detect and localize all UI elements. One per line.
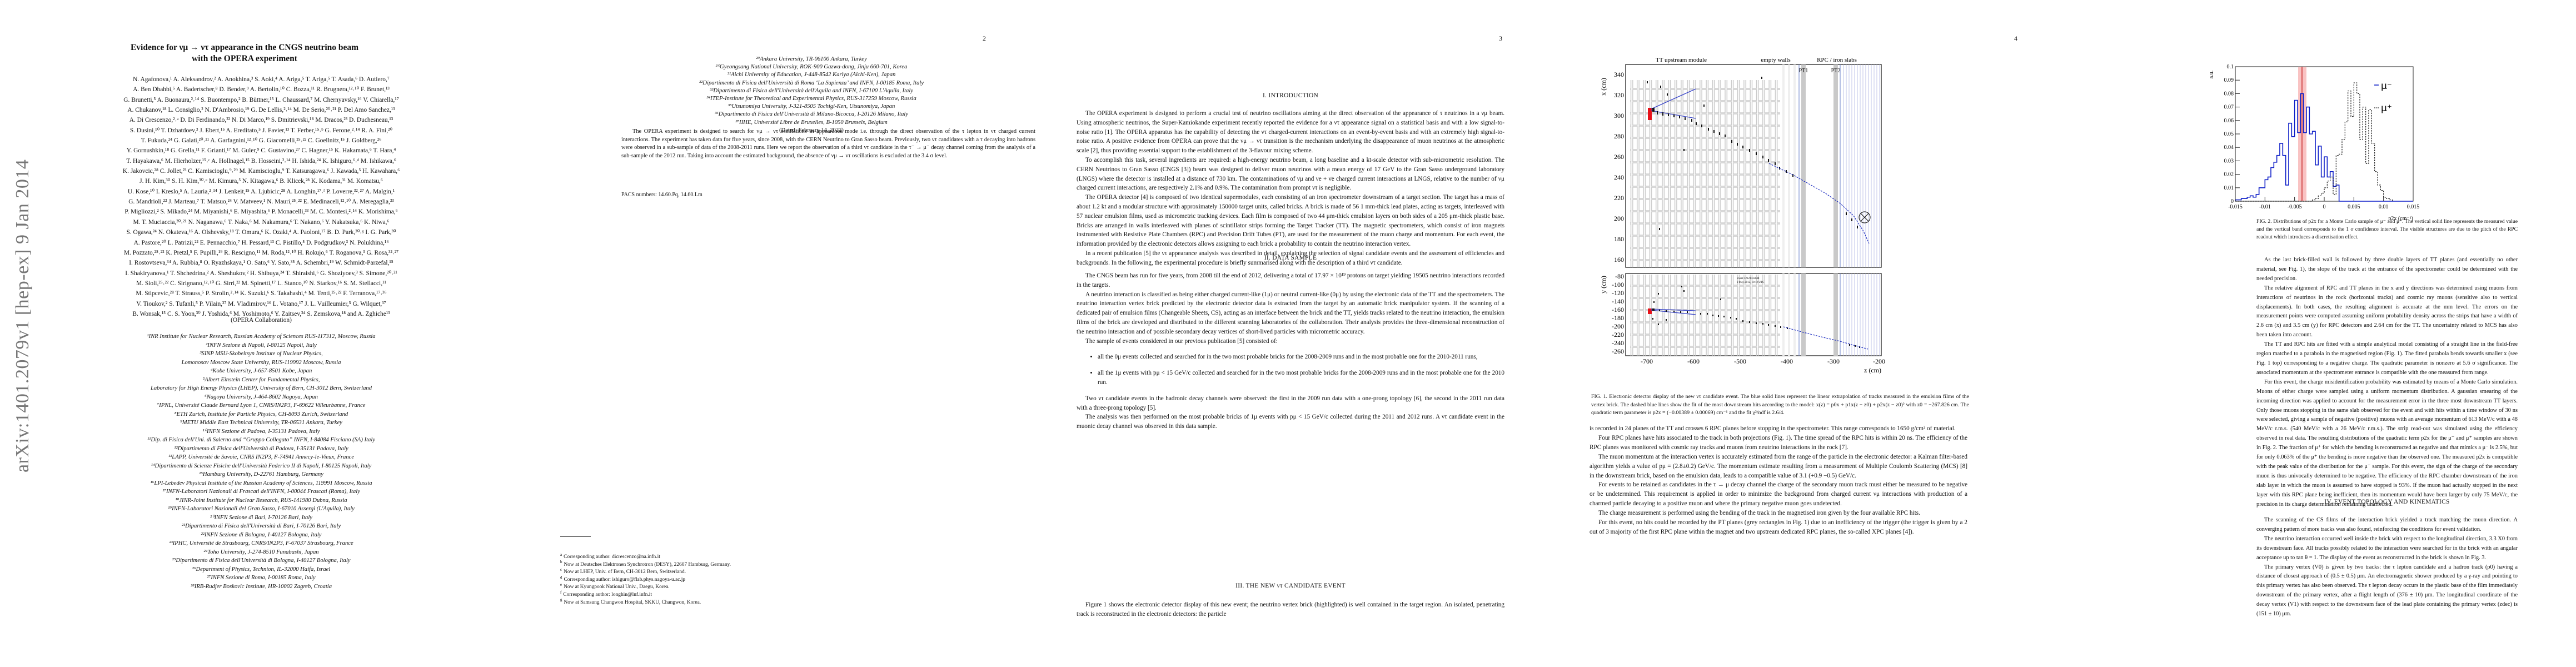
new-candidate-body: Figure 1 shows the electronic detector d… xyxy=(1077,600,1504,619)
figure-1-caption: FIG. 1. Electronic detector display of t… xyxy=(1591,393,1969,417)
affiliation-line: ¹⁷INFN-Laboratori Nazionali di Frascati … xyxy=(50,487,472,496)
collaboration-name: (OPERA Collaboration) xyxy=(50,317,472,323)
affiliation-line: ³SINP MSU-Skobeltsyn Institute of Nuclea… xyxy=(50,350,472,359)
author-line: M. T. Muciaccia,²⁰˒²¹ N. Naganawa,⁶ T. N… xyxy=(50,217,472,227)
svg-text:340: 340 xyxy=(1614,71,1624,78)
svg-text:0.06: 0.06 xyxy=(2224,118,2234,124)
footnote-mark: c xyxy=(560,568,562,572)
svg-text:180: 180 xyxy=(1614,235,1624,243)
footnotes: aCorresponding author: dicrescenzo@na.in… xyxy=(560,554,871,606)
figure-1-event-display: TT upstream module empty walls RPC / iro… xyxy=(1598,56,1942,389)
introduction-body: The OPERA experiment is designed to perf… xyxy=(1077,109,1504,268)
svg-text:0.09: 0.09 xyxy=(2224,77,2234,83)
title-line-2: with the OPERA experiment xyxy=(89,53,400,64)
footnote-text: Corresponding author: ishiguro@flab.phys… xyxy=(564,577,686,583)
author-line: G. Mandrioli,²² J. Marteau,⁷ T. Matsuo,²… xyxy=(50,197,472,207)
author-line: M. Pozzato,²⁵˒²² K. Pretzl,⁵ F. Pupilli,… xyxy=(50,248,472,258)
affiliation-line: ¹³LAPP, Université de Savoie, CNRS IN2P3… xyxy=(50,453,472,462)
author-line: A. Chukanov,¹⁸ L. Consiglio,² N. D'Ambro… xyxy=(50,105,472,115)
affiliation-line: ⁸ETH Zurich, Institute for Particle Phys… xyxy=(50,410,472,419)
svg-text:z (cm): z (cm) xyxy=(1864,366,1881,374)
author-line: I. Shakiryanova,¹ T. Shchedrina,² A. She… xyxy=(50,268,472,278)
author-line: M. Stipcevic,²⁸ T. Strauss,⁵ P. Strolin,… xyxy=(50,288,472,298)
affiliation-line: ¹⁶LPI-Lebedev Physical Institute of the … xyxy=(50,479,472,488)
affiliation-list-continued: ²⁹Ankara University, TR-06100 Ankara, Tu… xyxy=(656,56,967,135)
svg-text:x (cm): x (cm) xyxy=(1600,78,1607,96)
author-line: P. Migliozzi,² S. Mikado,²⁴ M. Miyanishi… xyxy=(50,207,472,217)
svg-text:PT2: PT2 xyxy=(1831,68,1841,74)
arxiv-id: arXiv:1401.2079v1 [hep-ex] 9 Jan 2014 xyxy=(12,160,33,472)
title-line-1: Evidence for νμ → ντ appearance in the C… xyxy=(89,42,400,53)
list-item: all the 1μ events with pμ < 15 GeV/c col… xyxy=(1098,369,1504,387)
affiliation-line: ²⁵Dipartimento di Fisica dell'Università… xyxy=(50,556,472,565)
arxiv-stamp: arXiv:1401.2079v1 [hep-ex] 9 Jan 2014 xyxy=(4,161,38,472)
svg-text:a.u.: a.u. xyxy=(2209,71,2215,78)
footnote: dCorresponding author: ishiguro@flab.phy… xyxy=(560,576,871,584)
svg-text:-0.005: -0.005 xyxy=(2288,204,2302,210)
svg-text:2 May 2012, 10:12 UTC: 2 May 2012, 10:12 UTC xyxy=(1737,281,1765,284)
paragraph: Two ντ candidate events in the hadronic … xyxy=(1077,394,1504,413)
affiliation-line: ³⁰Gyeongsang National University, ROK-90… xyxy=(656,63,967,71)
paragraph: To accomplish this task, several ingredi… xyxy=(1077,156,1504,193)
affiliation-line: ²⁰INFN Sezione di Bari, I-70126 Bari, It… xyxy=(50,514,472,522)
svg-text:0.1: 0.1 xyxy=(2227,64,2234,70)
svg-text:160: 160 xyxy=(1614,256,1624,263)
footnote-mark: b xyxy=(560,560,562,564)
section-heading-introduction: I. INTRODUCTION xyxy=(1077,92,1504,99)
svg-text:-300: -300 xyxy=(1827,357,1840,365)
affiliation-line: ³¹Aichi University of Education, J-448-8… xyxy=(656,71,967,79)
footnote: eNow at Kyungpook National Univ., Daegu,… xyxy=(560,584,871,591)
svg-text:-160: -160 xyxy=(1612,306,1624,313)
footnote-text: Now at LHEP, Univ. of Bern, CH-3012 Bern… xyxy=(564,569,686,575)
affiliation-line: ²²INFN Sezione di Bologna, I-40127 Bolog… xyxy=(50,531,472,540)
paragraph: The muon momentum at the interaction ver… xyxy=(1590,452,1967,481)
p2x-histogram: μ⁻ μ⁺ 00.010.020.030.040.050.060.070.080… xyxy=(2201,61,2429,228)
paragraph: The OPERA experiment is designed to perf… xyxy=(1077,109,1504,156)
svg-text:200: 200 xyxy=(1614,215,1624,222)
svg-text:300: 300 xyxy=(1614,112,1624,120)
paragraph: The scanning of the CS films of the inte… xyxy=(2256,516,2518,535)
list-item: all the 0μ events collected and searched… xyxy=(1098,352,1504,362)
svg-text:0.01: 0.01 xyxy=(2379,204,2389,210)
paragraph: For this event, no hits could be recorde… xyxy=(1590,518,1967,537)
paragraph: The neutrino interaction occurred well i… xyxy=(2256,535,2518,563)
svg-text:-500: -500 xyxy=(1734,357,1746,365)
affiliation-line: ¹⁴Dipartimento di Scienze Fisiche dell'U… xyxy=(50,462,472,471)
paragraph: The charge measurement is performed usin… xyxy=(1590,509,1967,518)
svg-text:-260: -260 xyxy=(1612,347,1624,355)
footnote: cNow at LHEP, Univ. of Bern, CH-3012 Ber… xyxy=(560,569,871,576)
affiliation-line: ¹⁵Hamburg University, D-22761 Hamburg, G… xyxy=(50,470,472,479)
svg-text:260: 260 xyxy=(1614,153,1624,161)
footnote: bNow at Deutsches Elektronen Synchrotron… xyxy=(560,561,871,569)
author-line: S. Ogawa,²⁴ N. Okateva,¹⁶ A. Olshevsky,¹… xyxy=(50,227,472,237)
svg-text:-400: -400 xyxy=(1781,357,1793,365)
author-line: G. Brunetti,⁵ A. Buonaura,²˒¹⁴ S. Buonte… xyxy=(50,95,472,105)
affiliation-line: ³⁵Utsunomiya University, J-321-8505 Toch… xyxy=(656,103,967,111)
author-line: A. Di Crescenzo,²˒ᵃ D. Di Ferdinando,²² … xyxy=(50,115,472,125)
svg-text:-180: -180 xyxy=(1612,314,1624,322)
affiliation-line: ³²Dipartimento di Fisica dell'Università… xyxy=(656,79,967,87)
affiliation-line: ¹¹Dip. di Fisica dell'Uni. di Salerno an… xyxy=(50,436,472,445)
data-sample-list: all the 0μ events collected and searched… xyxy=(1077,352,1504,387)
figure-2-histogram: μ⁻ μ⁺ 00.010.020.030.040.050.060.070.080… xyxy=(2201,61,2429,228)
svg-text:-200: -200 xyxy=(1612,322,1624,330)
affiliation-line: ²⁷INFN Sezione di Roma, I-00185 Roma, It… xyxy=(50,574,472,583)
pacs-numbers: PACS numbers: 14.60.Pq, 14.60.Lm xyxy=(621,192,702,198)
footnote-mark: a xyxy=(560,552,562,557)
svg-text:0.08: 0.08 xyxy=(2224,91,2234,97)
author-line: A. Ben Dhahbi,⁵ A. Badertscher,⁸ D. Bend… xyxy=(50,84,472,94)
svg-text:-0.015: -0.015 xyxy=(2228,204,2243,210)
affiliation-line: ³³Dipartimento di Fisica dell'Università… xyxy=(656,87,967,95)
svg-text:0.04: 0.04 xyxy=(2224,145,2234,151)
affiliation-line: ²⁶Department of Physics, Technion, IL-32… xyxy=(50,565,472,574)
event-display-plot: TT upstream module empty walls RPC / iro… xyxy=(1598,56,1942,389)
affiliation-line: ⁹METU Middle East Technical University, … xyxy=(50,419,472,427)
page-number: 2 xyxy=(983,34,986,43)
affiliation-line: Laboratory for High Energy Physics (LHEP… xyxy=(50,384,472,393)
svg-text:-0.01: -0.01 xyxy=(2259,204,2271,210)
svg-text:0.03: 0.03 xyxy=(2224,158,2234,164)
author-line: K. Jakovcic,²⁸ C. Jollet,²³ C. Kamisciog… xyxy=(50,166,472,176)
affiliation-line: ⁷IPNL, Université Claude Bernard Lyon 1,… xyxy=(50,401,472,410)
affiliation-line: ⁶Nagoya University, J-464-8602 Nagoya, J… xyxy=(50,393,472,402)
figure-2-caption: FIG. 2. Distributions of p2x for a Monte… xyxy=(2256,218,2518,241)
affiliation-line: ⁵Albert Einstein Center for Fundamental … xyxy=(50,376,472,385)
affiliation-line: ³⁴ITEP-Institute for Theoretical and Exp… xyxy=(656,95,967,103)
svg-text:320: 320 xyxy=(1614,91,1624,99)
paragraph: is recorded in 24 planes of the TT and c… xyxy=(1590,424,1967,434)
paragraph: The sample of events considered in our p… xyxy=(1077,337,1504,346)
footnote-text: Corresponding author: longhin@lnf.infn.i… xyxy=(563,592,652,598)
author-line: N. Agafonova,¹ A. Aleksandrov,² A. Anokh… xyxy=(50,74,472,84)
page-5-body: As the last brick-filled wall is followe… xyxy=(2256,256,2518,509)
footnote-text: Now at Samsung Changwon Hospital, SKKU, … xyxy=(564,600,701,605)
affiliation-line: ⁴Kobe University, J-657-8501 Kobe, Japan xyxy=(50,367,472,376)
section-heading-new-candidate: III. THE NEW ντ CANDIDATE EVENT xyxy=(1077,583,1504,589)
footnote-rule xyxy=(560,536,591,537)
svg-text:0.005: 0.005 xyxy=(2348,204,2360,210)
author-line: V. Tioukov,² S. Tufanli,⁵ P. Vilain,³⁷ M… xyxy=(50,299,472,309)
svg-text:empty walls: empty walls xyxy=(1761,57,1790,63)
page-4-body: is recorded in 24 planes of the TT and c… xyxy=(1590,424,1967,537)
svg-text:-600: -600 xyxy=(1687,357,1700,365)
svg-text:280: 280 xyxy=(1614,132,1624,140)
footnote-mark: d xyxy=(560,575,562,580)
paragraph: A neutrino interaction is classified as … xyxy=(1077,290,1504,337)
affiliation-line: ¹⁸JINR-Joint Institute for Nuclear Resea… xyxy=(50,496,472,505)
paragraph: As the last brick-filled wall is followe… xyxy=(2256,256,2518,284)
footnote: gNow at Samsung Changwon Hospital, SKKU,… xyxy=(560,599,871,607)
footnote-text: Now at Kyungpook National Univ., Daegu, … xyxy=(564,584,670,590)
paper-title: Evidence for νμ → ντ appearance in the C… xyxy=(89,42,400,64)
svg-text:220: 220 xyxy=(1614,194,1624,202)
affiliation-line: ¹⁰INFN Sezione di Padova, I-35131 Padova… xyxy=(50,427,472,436)
affiliation-list: ¹INR Institute for Nuclear Research, Rus… xyxy=(50,332,472,591)
section-heading-event-topology: IV. EVENT TOPOLOGY AND KINEMATICS xyxy=(2256,499,2518,505)
paragraph: The OPERA detector [4] is composed of tw… xyxy=(1077,193,1504,249)
author-list: N. Agafonova,¹ A. Aleksandrov,² A. Anokh… xyxy=(50,74,472,319)
affiliation-line: ²INFN Sezione di Napoli, I-80125 Napoli,… xyxy=(50,341,472,350)
svg-text:y (cm): y (cm) xyxy=(1600,276,1607,293)
svg-text:0.01: 0.01 xyxy=(2224,185,2234,191)
author-line: A. Pastore,²⁰ L. Patrizii,²² E. Pennacch… xyxy=(50,238,472,248)
affiliation-line: ²⁴Toho University, J-274-8510 Funabashi,… xyxy=(50,548,472,557)
svg-text:-240: -240 xyxy=(1612,339,1624,347)
svg-text:0.015: 0.015 xyxy=(2407,204,2420,210)
data-sample-body: The CNGS beam has run for five years, fr… xyxy=(1077,271,1504,431)
author-line: J. H. Kim,³⁰ S. H. Kim,³⁰˒ᵉ M. Kimura,⁵ … xyxy=(50,176,472,186)
svg-text:RPC / iron slabs: RPC / iron slabs xyxy=(1817,57,1857,63)
author-line: Y. Gornushkin,¹⁸ G. Grella,¹¹ F. Grianti… xyxy=(50,146,472,156)
affiliation-line: ¹INR Institute for Nuclear Research, Rus… xyxy=(50,332,472,341)
paragraph: Four RPC planes have hits associated to … xyxy=(1590,434,1967,452)
affiliation-line: ³⁶Dipartimento di Fisica dell'Università… xyxy=(656,111,967,118)
svg-text:0: 0 xyxy=(2323,204,2326,210)
svg-text:0.05: 0.05 xyxy=(2224,131,2234,137)
author-line: T. Hayakawa,⁶ M. Hierholzer,¹⁵˒ᶜ A. Holl… xyxy=(50,156,472,166)
footnote-text: Corresponding author: dicrescenzo@na.inf… xyxy=(564,554,660,560)
event-topology-body: The scanning of the CS films of the inte… xyxy=(2256,516,2518,619)
paragraph: Figure 1 shows the electronic detector d… xyxy=(1077,600,1504,619)
page-number: 4 xyxy=(2014,34,2017,43)
page-number: 3 xyxy=(1499,34,1502,43)
footnote-text: Now at Deutsches Elektronen Synchrotron … xyxy=(564,562,731,568)
svg-text:μ⁺: μ⁺ xyxy=(2381,103,2392,114)
paragraph: For this event, the charge misidentifica… xyxy=(2256,378,2518,510)
svg-text:240: 240 xyxy=(1614,173,1624,181)
affiliation-line: ³⁷IIHE, Université Libre de Bruxelles, B… xyxy=(656,119,967,127)
abstract: The OPERA experiment is designed to sear… xyxy=(621,128,1035,161)
footnote: fCorresponding author: longhin@lnf.infn.… xyxy=(560,591,871,599)
author-line: U. Kose,¹⁰ I. Kreslo,⁵ A. Lauria,²˒¹⁴ J.… xyxy=(50,187,472,197)
svg-text:μ⁻: μ⁻ xyxy=(2381,81,2392,92)
affiliation-line: ¹⁹INFN-Laboratori Nazionali del Gran Sas… xyxy=(50,505,472,514)
author-line: M. Sioli,²⁵˒²² C. Sirignano,¹²˒¹⁰ G. Sir… xyxy=(50,278,472,288)
affiliation-line: ²⁹Ankara University, TR-06100 Ankara, Tu… xyxy=(656,56,967,63)
author-line: S. Dusini,¹⁰ T. Dzhatdoev,³ J. Ebert,¹⁵ … xyxy=(50,126,472,136)
svg-text:Event 12123032048: Event 12123032048 xyxy=(1737,277,1760,280)
svg-text:PT1: PT1 xyxy=(1799,68,1808,74)
svg-text:-700: -700 xyxy=(1641,357,1653,365)
footnote-mark: f xyxy=(560,590,561,595)
author-line: T. Fukuda,²⁴ G. Galati,²⁰˒²¹ A. Garfagni… xyxy=(50,136,472,146)
svg-text:0.02: 0.02 xyxy=(2224,172,2234,178)
paragraph: The analysis was then performed on the m… xyxy=(1077,412,1504,431)
footnote-mark: g xyxy=(560,598,562,602)
svg-text:-200: -200 xyxy=(1873,357,1885,365)
paragraph: The primary vertex (V0) is given by two … xyxy=(2256,563,2518,619)
affiliation-line: ²⁸IRB-Rudjer Boskovic Institute, HR-1000… xyxy=(50,583,472,591)
footnote-mark: e xyxy=(560,583,562,587)
svg-text:-120: -120 xyxy=(1612,289,1624,297)
paragraph: The TT and RPC hits are fitted with a si… xyxy=(2256,340,2518,378)
affiliation-line: ²¹Dipartimento di Fisica dell'Università… xyxy=(50,522,472,531)
paragraph: For events to be retained as candidates … xyxy=(1590,480,1967,509)
svg-text:-80: -80 xyxy=(1615,272,1624,280)
svg-text:TT upstream module: TT upstream module xyxy=(1656,57,1707,63)
affiliation-line: ²³IPHC, Université de Strasbourg, CNRS/I… xyxy=(50,539,472,548)
svg-text:0.07: 0.07 xyxy=(2224,104,2234,111)
paragraph: The relative alignment of RPC and TT pla… xyxy=(2256,284,2518,340)
affiliation-line: Lomonosov Moscow State University, RUS-1… xyxy=(50,359,472,367)
svg-text:-140: -140 xyxy=(1612,297,1624,305)
affiliation-line: ¹²Dipartimento di Fisica dell'Università… xyxy=(50,445,472,454)
footnote: aCorresponding author: dicrescenzo@na.in… xyxy=(560,554,871,561)
svg-text:-100: -100 xyxy=(1612,281,1624,288)
svg-text:-220: -220 xyxy=(1612,331,1624,339)
section-heading-data-sample: II. DATA SAMPLE xyxy=(1077,255,1504,261)
author-line: I. Rostovtseva,³⁴ A. Rubbia,⁸ O. Ryazhsk… xyxy=(50,258,472,268)
paragraph: The CNGS beam has run for five years, fr… xyxy=(1077,271,1504,290)
